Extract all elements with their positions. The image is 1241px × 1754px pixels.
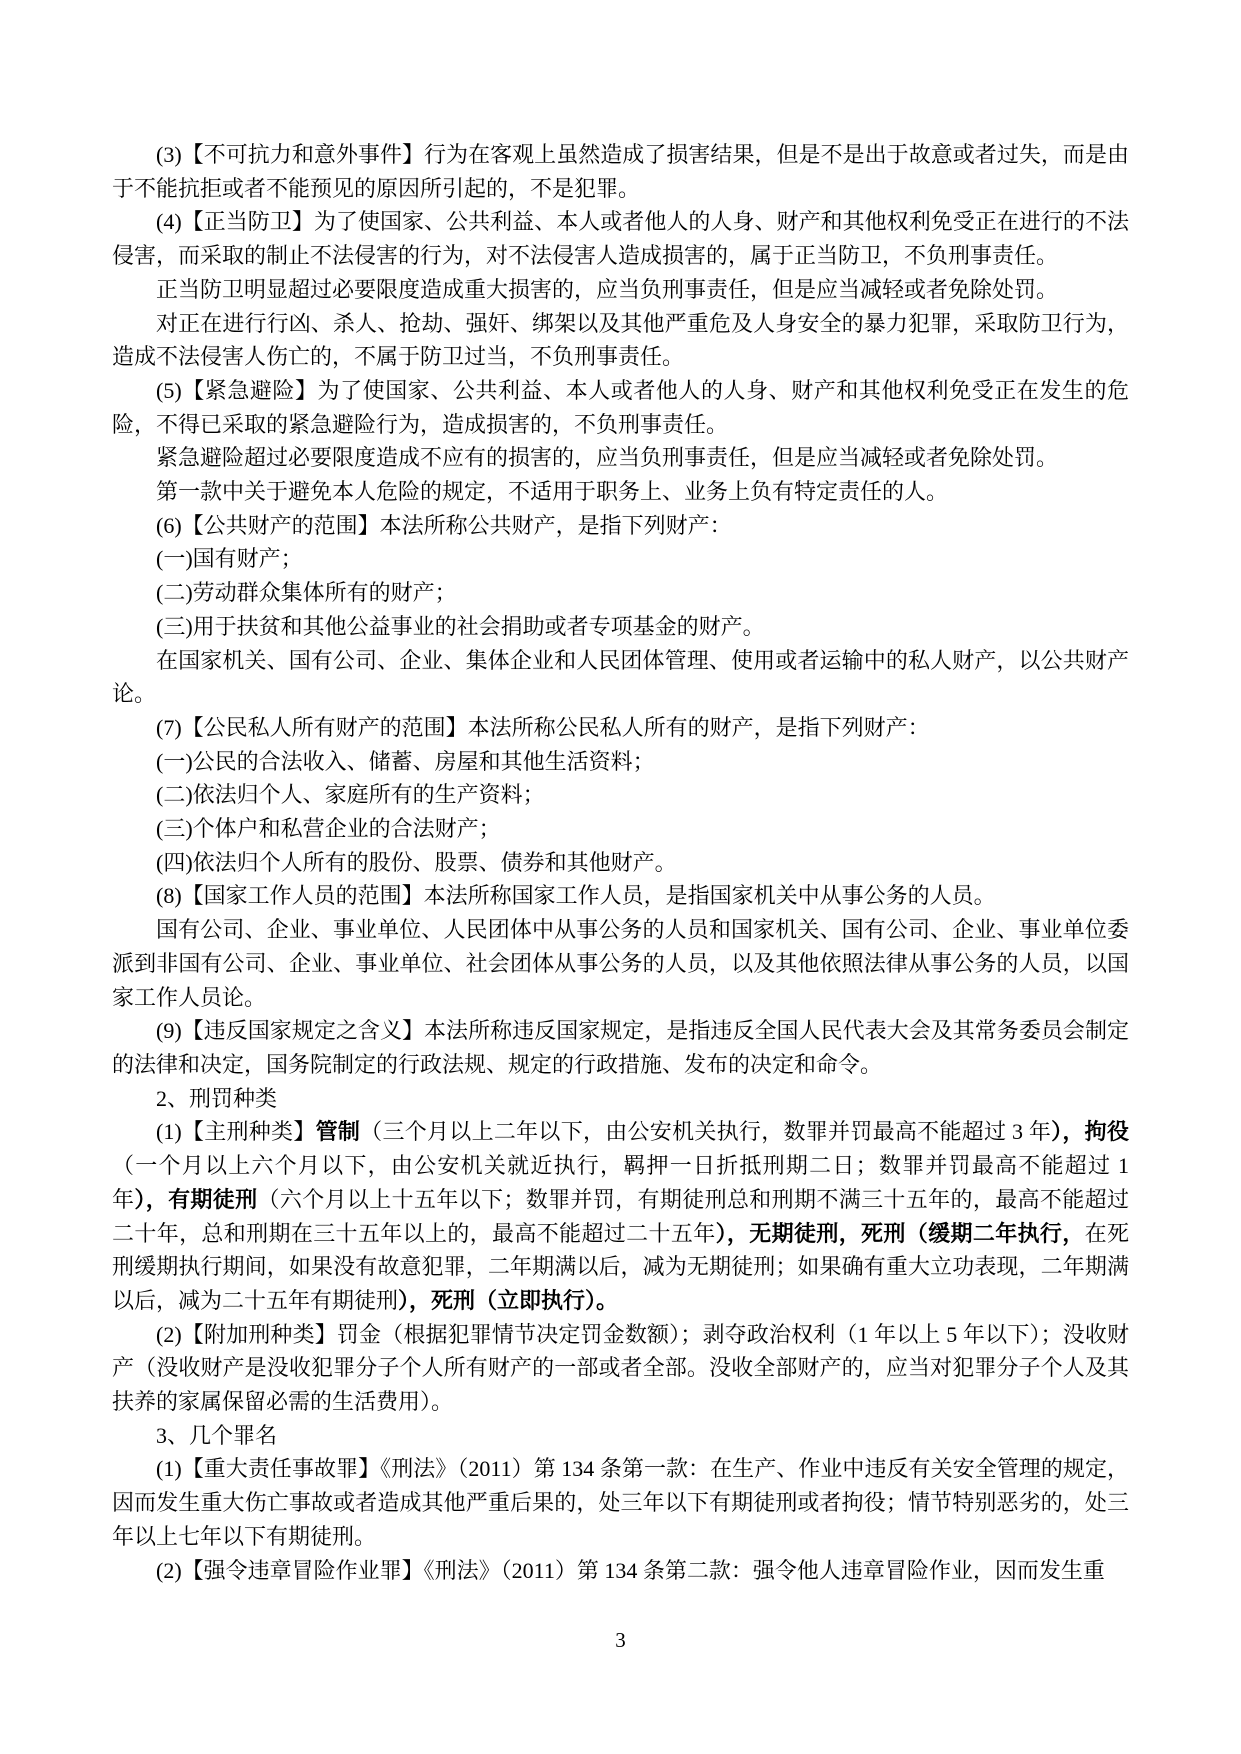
paragraph: (1)【主刑种类】管制（三个月以上二年以下，由公安机关执行，数罪并罚最高不能超过… (112, 1115, 1129, 1317)
text-run: ），有期徒刑 (134, 1187, 257, 1212)
paragraph: 2、刑罚种类 (112, 1082, 1129, 1116)
paragraph: (一)国有财产； (112, 542, 1129, 576)
text-run: ），无期徒刑，死刑（缓期二年执行， (716, 1221, 1085, 1246)
text-run: (二)劳动群众集体所有的财产； (156, 580, 457, 605)
paragraph: (5)【紧急避险】为了使国家、公共利益、本人或者他人的人身、财产和其他权利免受正… (112, 374, 1129, 441)
text-run: 第一款中关于避免本人危险的规定，不适用于职务上、业务上负有特定责任的人。 (156, 479, 948, 504)
text-run: 在国家机关、国有公司、企业、集体企业和人民团体管理、使用或者运输中的私人财产，以… (112, 648, 1129, 707)
text-run: 紧急避险超过必要限度造成不应有的损害的，应当负刑事责任，但是应当减轻或者免除处罚… (156, 445, 1058, 470)
text-run: (三)用于扶贫和其他公益事业的社会捐助或者专项基金的财产。 (156, 614, 765, 639)
text-run: 管制 (316, 1119, 361, 1144)
text-run: (2)【附加刑种类】罚金（根据犯罪情节决定罚金数额）；剥夺政治权利（1 年以上 … (112, 1322, 1129, 1414)
text-run: 2、刑罚种类 (156, 1086, 277, 1111)
paragraph: (4)【正当防卫】为了使国家、公共利益、本人或者他人的人身、财产和其他权利免受正… (112, 205, 1129, 272)
paragraph: (6)【公共财产的范围】本法所称公共财产，是指下列财产： (112, 509, 1129, 543)
text-run: (一)国有财产； (156, 546, 303, 571)
text-run: (6)【公共财产的范围】本法所称公共财产，是指下列财产： (156, 513, 732, 538)
text-run: (1)【重大责任事故罪】《刑法》（2011）第 134 条第一款：在生产、作业中… (112, 1456, 1129, 1548)
document-body: (3)【不可抗力和意外事件】行为在客观上虽然造成了损害结果，但是不是出于故意或者… (112, 138, 1129, 1587)
text-run: (7)【公民私人所有财产的范围】本法所称公民私人所有的财产，是指下列财产： (156, 715, 930, 740)
paragraph: (二)依法归个人、家庭所有的生产资料； (112, 778, 1129, 812)
text-run: ），死刑（立即执行）。 (398, 1288, 618, 1313)
text-run: 对正在进行行凶、杀人、抢劫、强奸、绑架以及其他严重危及人身安全的暴力犯罪，采取防… (112, 311, 1129, 370)
paragraph: (9)【违反国家规定之含义】本法所称违反国家规定，是指违反全国人民代表大会及其常… (112, 1014, 1129, 1081)
paragraph: 国有公司、企业、事业单位、人民团体中从事公务的人员和国家机关、国有公司、企业、事… (112, 913, 1129, 1014)
paragraph: 紧急避险超过必要限度造成不应有的损害的，应当负刑事责任，但是应当减轻或者免除处罚… (112, 441, 1129, 475)
paragraph: (3)【不可抗力和意外事件】行为在客观上虽然造成了损害结果，但是不是出于故意或者… (112, 138, 1129, 205)
text-run: (8)【国家工作人员的范围】本法所称国家工作人员，是指国家机关中从事公务的人员。 (156, 883, 996, 908)
paragraph: 第一款中关于避免本人危险的规定，不适用于职务上、业务上负有特定责任的人。 (112, 475, 1129, 509)
paragraph: (8)【国家工作人员的范围】本法所称国家工作人员，是指国家机关中从事公务的人员。 (112, 879, 1129, 913)
page-footer: 3 (0, 1628, 1241, 1652)
paragraph: (2)【强令违章冒险作业罪】《刑法》（2011）第 134 条第二款：强令他人违… (112, 1554, 1129, 1588)
paragraph: 对正在进行行凶、杀人、抢劫、强奸、绑架以及其他严重危及人身安全的暴力犯罪，采取防… (112, 307, 1129, 374)
paragraph: (二)劳动群众集体所有的财产； (112, 576, 1129, 610)
text-run: (3)【不可抗力和意外事件】行为在客观上虽然造成了损害结果，但是不是出于故意或者… (112, 142, 1129, 201)
text-run: (三)个体户和私营企业的合法财产； (156, 816, 501, 841)
page-number: 3 (615, 1628, 626, 1652)
text-run: (2)【强令违章冒险作业罪】《刑法》（2011）第 134 条第二款：强令他人违… (156, 1558, 1105, 1583)
paragraph: (四)依法归个人所有的股份、股票、债券和其他财产。 (112, 846, 1129, 880)
paragraph: (三)个体户和私营企业的合法财产； (112, 812, 1129, 846)
paragraph: 3、几个罪名 (112, 1419, 1129, 1453)
paragraph: (一)公民的合法收入、储蓄、房屋和其他生活资料； (112, 745, 1129, 779)
text-run: 3、几个罪名 (156, 1423, 277, 1448)
text-run: 国有公司、企业、事业单位、人民团体中从事公务的人员和国家机关、国有公司、企业、事… (112, 917, 1129, 1009)
text-run: (1)【主刑种类】 (156, 1119, 316, 1144)
text-run: (一)公民的合法收入、储蓄、房屋和其他生活资料； (156, 749, 655, 774)
text-run: ），拘役 (1051, 1119, 1129, 1144)
paragraph: (三)用于扶贫和其他公益事业的社会捐助或者专项基金的财产。 (112, 610, 1129, 644)
paragraph: 在国家机关、国有公司、企业、集体企业和人民团体管理、使用或者运输中的私人财产，以… (112, 644, 1129, 711)
text-run: (9)【违反国家规定之含义】本法所称违反国家规定，是指违反全国人民代表大会及其常… (112, 1018, 1129, 1077)
text-run: (二)依法归个人、家庭所有的生产资料； (156, 782, 545, 807)
text-run: 正当防卫明显超过必要限度造成重大损害的，应当负刑事责任，但是应当减轻或者免除处罚… (156, 277, 1058, 302)
paragraph: (2)【附加刑种类】罚金（根据犯罪情节决定罚金数额）；剥夺政治权利（1 年以上 … (112, 1318, 1129, 1419)
text-run: (4)【正当防卫】为了使国家、公共利益、本人或者他人的人身、财产和其他权利免受正… (112, 209, 1129, 268)
text-run: (5)【紧急避险】为了使国家、公共利益、本人或者他人的人身、财产和其他权利免受正… (112, 378, 1129, 437)
paragraph: (1)【重大责任事故罪】《刑法》（2011）第 134 条第一款：在生产、作业中… (112, 1452, 1129, 1553)
paragraph: (7)【公民私人所有财产的范围】本法所称公民私人所有的财产，是指下列财产： (112, 711, 1129, 745)
paragraph: 正当防卫明显超过必要限度造成重大损害的，应当负刑事责任，但是应当减轻或者免除处罚… (112, 273, 1129, 307)
document-page: (3)【不可抗力和意外事件】行为在客观上虽然造成了损害结果，但是不是出于故意或者… (0, 0, 1241, 1754)
text-run: （三个月以上二年以下，由公安机关执行，数罪并罚最高不能超过 3 年 (360, 1119, 1051, 1144)
text-run: (四)依法归个人所有的股份、股票、债券和其他财产。 (156, 850, 677, 875)
